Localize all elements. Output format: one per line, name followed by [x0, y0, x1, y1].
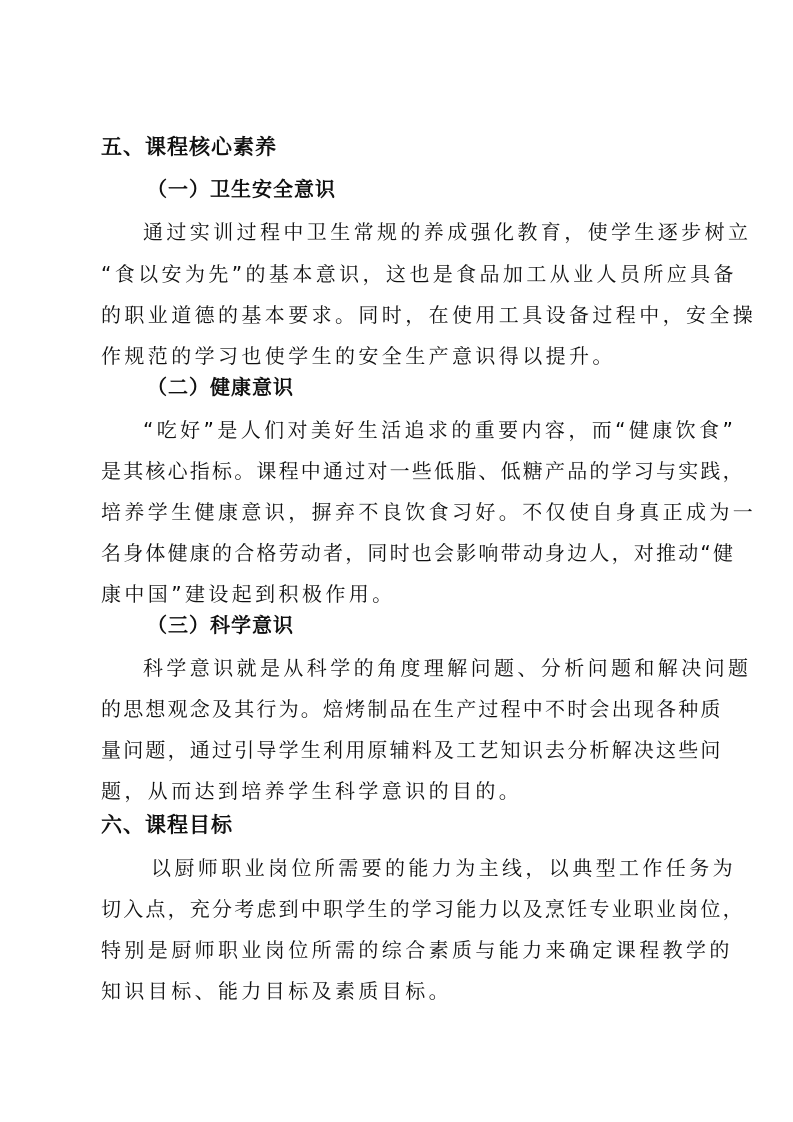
paragraph-line: 作规范的学习也使学生的安全生产意识得以提升。 — [101, 344, 701, 368]
paragraph-line: 的思想观念及其行为。焙烤制品在生产过程中不时会出现各种质 — [101, 697, 701, 721]
paragraph-line: 通过实训过程中卫生常规的养成强化教育，使学生逐步树立 — [143, 220, 743, 244]
paragraph-line: “吃好”是人们对美好生活追求的重要内容，而“健康饮食” — [143, 418, 743, 442]
paragraph-line: 科学意识就是从科学的角度理解问题、分析问题和解决问题 — [143, 656, 743, 680]
paragraph-line: 是其核心指标。课程中通过对一些低脂、低糖产品的学习与实践， — [101, 459, 701, 483]
paragraph-line: 量问题，通过引导学生利用原辅料及工艺知识去分析解决这些问 — [101, 738, 701, 762]
section-heading-core-literacy: 五、课程核心素养 — [101, 134, 277, 160]
paragraph-line: 特别是厨师职业岗位所需的综合素质与能力来确定课程教学的 — [101, 938, 701, 962]
subsection-heading-health: （二）健康意识 — [147, 374, 294, 400]
paragraph-line: 切入点，充分考虑到中职学生的学习能力以及烹饪专业职业岗位， — [101, 897, 701, 921]
paragraph-line: 的职业道德的基本要求。同时，在使用工具设备过程中，安全操 — [101, 303, 701, 327]
paragraph-line: “食以安为先”的基本意识，这也是食品加工从业人员所应具备 — [101, 262, 701, 286]
paragraph-line: 康中国”建设起到积极作用。 — [101, 582, 701, 606]
paragraph-line: 以厨师职业岗位所需要的能力为主线，以典型工作任务为 — [151, 856, 751, 880]
paragraph-line: 题，从而达到培养学生科学意识的目的。 — [101, 779, 701, 803]
subsection-heading-hygiene-safety: （一）卫生安全意识 — [147, 176, 336, 202]
paragraph-line: 名身体健康的合格劳动者，同时也会影响带动身边人，对推动“健 — [101, 541, 701, 565]
paragraph-line: 培养学生健康意识，摒弃不良饮食习好。不仅使自身真正成为一 — [101, 500, 701, 524]
paragraph-line: 知识目标、能力目标及素质目标。 — [101, 979, 701, 1003]
section-heading-course-objectives: 六、课程目标 — [101, 812, 233, 838]
subsection-heading-science: （三）科学意识 — [147, 612, 294, 638]
document-page: 五、课程核心素养 （一）卫生安全意识 通过实训过程中卫生常规的养成强化教育，使学… — [0, 0, 793, 1122]
